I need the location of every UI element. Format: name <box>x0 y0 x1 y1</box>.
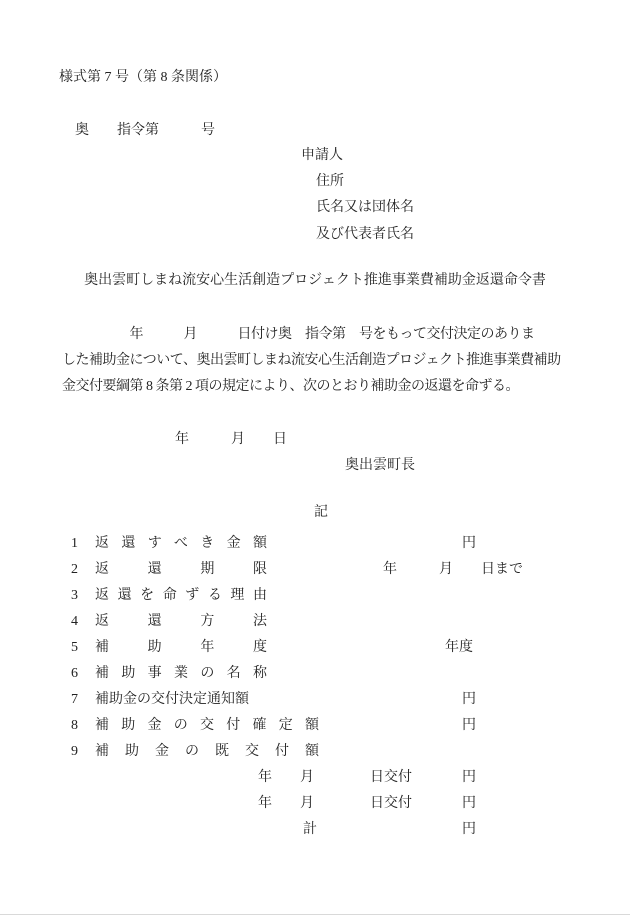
item-label: 補助金の交付確定額 <box>95 716 319 736</box>
directive-number-line: 奥 指令第 号 <box>75 121 215 141</box>
item-label: 補助金の既交付額 <box>95 742 319 762</box>
amount-unit: 円 <box>462 716 476 736</box>
item-label: 返還を命ずる理由 <box>95 586 267 606</box>
item-number: 5 <box>71 638 78 658</box>
amount-unit: 円 <box>462 794 476 814</box>
payment-row-1: 年 月 日交付 円 <box>0 768 630 788</box>
payment-row-2: 年 月 日交付 円 <box>0 794 630 814</box>
payment-date-line: 年 月 日交付 <box>258 794 412 814</box>
item-row-6: 6 補助事業の名称 <box>0 664 630 684</box>
item-row-5: 5 補助年度 年度 <box>0 638 630 658</box>
item-label: 補助金の交付決定通知額 <box>95 690 249 710</box>
total-label: 計 <box>303 820 317 840</box>
item-number: 9 <box>71 742 78 762</box>
item-number: 2 <box>71 560 78 580</box>
applicant-representative-label: 及び代表者氏名 <box>316 225 414 245</box>
item-label: 返還期限 <box>95 560 267 580</box>
document-title: 奥出雲町しまね流安心生活創造プロジェクト推進事業費補助金返還命令書 <box>0 271 630 291</box>
item-number: 6 <box>71 664 78 684</box>
item-number: 1 <box>71 534 78 554</box>
item-number: 8 <box>71 716 78 736</box>
item-row-9: 9 補助金の既交付額 <box>0 742 630 762</box>
body-paragraph-line-1: 年 月 日付け奥 指令第 号をもって交付決定のありま <box>62 325 535 345</box>
fiscal-year-unit: 年度 <box>445 638 473 658</box>
applicant-name-label: 氏名又は団体名 <box>316 198 414 218</box>
item-label: 返還方法 <box>95 612 267 632</box>
payment-date-line: 年 月 日交付 <box>258 768 412 788</box>
amount-unit: 円 <box>462 768 476 788</box>
applicant-address-label: 住所 <box>316 172 344 192</box>
due-date-value: 年 月 日まで <box>383 560 523 580</box>
amount-unit: 円 <box>462 534 476 554</box>
issue-date-line: 年 月 日 <box>175 430 287 450</box>
item-label: 補助年度 <box>95 638 267 658</box>
form-number: 様式第 7 号（第 8 条関係） <box>59 68 227 88</box>
item-number: 7 <box>71 690 78 710</box>
amount-unit: 円 <box>462 820 476 840</box>
item-row-1: 1 返還すべき金額 円 <box>0 534 630 554</box>
item-number: 3 <box>71 586 78 606</box>
item-label: 返還すべき金額 <box>95 534 267 554</box>
item-number: 4 <box>71 612 78 632</box>
section-marker: 記 <box>314 503 328 523</box>
applicant-heading: 申請人 <box>301 146 343 166</box>
total-row: 計 円 <box>0 820 630 840</box>
body-paragraph-line-2: した補助金について、奥出雲町しまね流安心生活創造プロジェクト推進事業費補助 <box>62 351 561 371</box>
item-row-2: 2 返還期限 年 月 日まで <box>0 560 630 580</box>
body-paragraph-line-3: 金交付要綱第 8 条第 2 項の規定により、次のとおり補助金の返還を命ずる。 <box>62 377 519 397</box>
document-page: 様式第 7 号（第 8 条関係） 奥 指令第 号 申請人 住所 氏名又は団体名 … <box>0 0 630 915</box>
issuer-name: 奥出雲町長 <box>345 456 415 476</box>
item-row-4: 4 返還方法 <box>0 612 630 632</box>
amount-unit: 円 <box>462 690 476 710</box>
item-row-7: 7 補助金の交付決定通知額 円 <box>0 690 630 710</box>
item-row-3: 3 返還を命ずる理由 <box>0 586 630 606</box>
item-row-8: 8 補助金の交付確定額 円 <box>0 716 630 736</box>
item-label: 補助事業の名称 <box>95 664 267 684</box>
